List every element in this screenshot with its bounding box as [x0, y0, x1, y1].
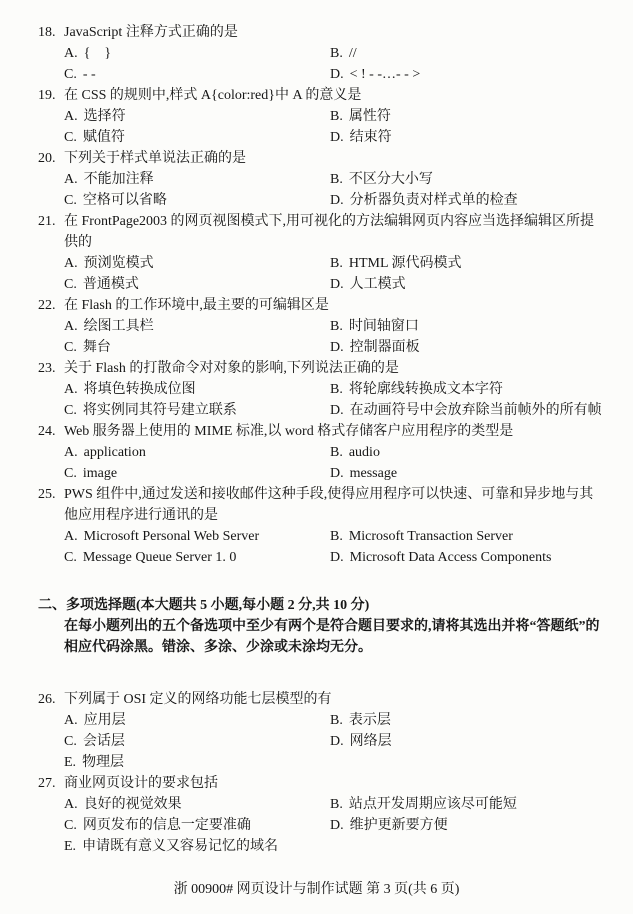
- question-head: 19. 在 CSS 的规则中,样式 A{color:red}中 A 的意义是: [38, 85, 615, 106]
- option-label: B.: [330, 46, 349, 61]
- option: C.会话层: [64, 731, 330, 752]
- question: 21. 在 FrontPage2003 的网页视图模式下,用可视化的方法编辑网页…: [38, 211, 615, 295]
- option-label: C.: [64, 130, 83, 145]
- option-label: B.: [330, 256, 349, 271]
- option-text: 维护更新要方便: [350, 818, 448, 833]
- section-title: 二、多项选择题(本大题共 5 小题,每小题 2 分,共 10 分): [38, 595, 615, 616]
- option-label: A.: [64, 319, 84, 334]
- option: A.{ }: [64, 43, 330, 64]
- question-head: 24. Web 服务器上使用的 MIME 标准,以 word 格式存储客户应用程…: [38, 421, 615, 442]
- option: A.应用层: [64, 710, 330, 731]
- option-label: B.: [330, 713, 349, 728]
- option-text: 将轮廓线转换成文本字符: [349, 382, 503, 397]
- option: D.在动画符号中会放弃除当前帧外的所有帧: [330, 400, 615, 421]
- option-text: 普通模式: [83, 277, 139, 292]
- question-head: 25. PWS 组件中,通过发送和接收邮件这种手段,使得应用程序可以快速、可靠和…: [38, 484, 615, 526]
- option-label: C.: [64, 277, 83, 292]
- option-text: 属性符: [349, 109, 391, 124]
- option: C.空格可以省略: [64, 190, 330, 211]
- option: D.网络层: [330, 731, 615, 752]
- options: A.Microsoft Personal Web ServerB.Microso…: [38, 526, 615, 568]
- option-label: B.: [330, 382, 349, 397]
- option-label: C.: [64, 818, 83, 833]
- option-label: D.: [330, 403, 350, 418]
- option-text: Microsoft Transaction Server: [349, 529, 513, 544]
- question-number: 26.: [38, 689, 64, 710]
- question: 26. 下列属于 OSI 定义的网络功能七层模型的有 A.应用层B.表示层C.会…: [38, 689, 615, 773]
- options: A.绘图工具栏B.时间轴窗口C.舞台D.控制器面板: [38, 316, 615, 358]
- option: C.Message Queue Server 1. 0: [64, 547, 330, 568]
- question-head: 18. JavaScript 注释方式正确的是: [38, 22, 615, 43]
- question-number: 21.: [38, 211, 64, 253]
- options: A.{ }B.//C.- -D.< ! - -…- - >: [38, 43, 615, 85]
- option-label: A.: [64, 529, 84, 544]
- option-text: message: [350, 466, 397, 481]
- option: B.HTML 源代码模式: [330, 253, 615, 274]
- option-label: D.: [330, 340, 350, 355]
- question-head: 22. 在 Flash 的工作环境中,最主要的可编辑区是: [38, 295, 615, 316]
- question-number: 25.: [38, 484, 64, 526]
- option: B.Microsoft Transaction Server: [330, 526, 615, 547]
- option-label: A.: [64, 256, 84, 271]
- option-label: B.: [330, 319, 349, 334]
- options: A.预浏览模式B.HTML 源代码模式C.普通模式D.人工模式: [38, 253, 615, 295]
- option: C.普通模式: [64, 274, 330, 295]
- question-number: 27.: [38, 773, 64, 794]
- single-choice-questions: 18. JavaScript 注释方式正确的是 A.{ }B.//C.- -D.…: [38, 22, 615, 568]
- option-text: 站点开发周期应该尽可能短: [349, 797, 517, 812]
- question-text: JavaScript 注释方式正确的是: [64, 22, 596, 43]
- option-label: A.: [64, 713, 84, 728]
- option-text: image: [83, 466, 117, 481]
- option-text: < ! - -…- - >: [350, 67, 421, 82]
- option-label: C.: [64, 403, 83, 418]
- section-header: 二、多项选择题(本大题共 5 小题,每小题 2 分,共 10 分) 在每小题列出…: [38, 595, 615, 658]
- option-label: A.: [64, 109, 84, 124]
- option-text: 选择符: [84, 109, 126, 124]
- option: B.//: [330, 43, 615, 64]
- option: D.message: [330, 463, 615, 484]
- option: C.image: [64, 463, 330, 484]
- options: A.不能加注释B.不区分大小写C.空格可以省略D.分析器负责对样式单的检查: [38, 169, 615, 211]
- option: A.选择符: [64, 106, 330, 127]
- option-text: 不能加注释: [84, 172, 154, 187]
- option-text: 申请既有意义又容易记忆的域名: [82, 839, 278, 854]
- option: D.< ! - -…- - >: [330, 64, 615, 85]
- option: A.不能加注释: [64, 169, 330, 190]
- option: A.Microsoft Personal Web Server: [64, 526, 330, 547]
- option-text: Message Queue Server 1. 0: [83, 550, 237, 565]
- question-head: 27. 商业网页设计的要求包括: [38, 773, 615, 794]
- options: A.将填色转换成位图B.将轮廓线转换成文本字符C.将实例同其符号建立联系D.在动…: [38, 379, 615, 421]
- question-number: 24.: [38, 421, 64, 442]
- option: C.网页发布的信息一定要准确: [64, 815, 330, 836]
- option-label: A.: [64, 445, 84, 460]
- option: A.良好的视觉效果: [64, 794, 330, 815]
- option-text: 将实例同其符号建立联系: [83, 403, 237, 418]
- option-label: C.: [64, 466, 83, 481]
- option: D.结束符: [330, 127, 615, 148]
- option-label: D.: [330, 550, 350, 565]
- question: 23. 关于 Flash 的打散命令对对象的影响,下列说法正确的是 A.将填色转…: [38, 358, 615, 421]
- question-text: 商业网页设计的要求包括: [64, 773, 596, 794]
- option-text: 结束符: [350, 130, 392, 145]
- option-text: { }: [84, 46, 111, 61]
- option: A.绘图工具栏: [64, 316, 330, 337]
- question: 20. 下列关于样式单说法正确的是 A.不能加注释B.不区分大小写C.空格可以省…: [38, 148, 615, 211]
- option-text: 空格可以省略: [83, 193, 167, 208]
- option-text: //: [349, 46, 357, 61]
- question-text: 在 FrontPage2003 的网页视图模式下,用可视化的方法编辑网页内容应当…: [64, 211, 596, 253]
- option: B.站点开发周期应该尽可能短: [330, 794, 615, 815]
- option-text: 会话层: [83, 734, 125, 749]
- option: E.物理层: [64, 752, 330, 773]
- question-head: 23. 关于 Flash 的打散命令对对象的影响,下列说法正确的是: [38, 358, 615, 379]
- option: B.属性符: [330, 106, 615, 127]
- option-text: 在动画符号中会放弃除当前帧外的所有帧: [350, 403, 602, 418]
- option-text: HTML 源代码模式: [349, 256, 462, 271]
- question: 18. JavaScript 注释方式正确的是 A.{ }B.//C.- -D.…: [38, 22, 615, 85]
- option-label: C.: [64, 340, 83, 355]
- option-label: C.: [64, 193, 83, 208]
- exam-paper-page: 18. JavaScript 注释方式正确的是 A.{ }B.//C.- -D.…: [0, 0, 633, 914]
- option-label: D.: [330, 734, 350, 749]
- question-text: 下列属于 OSI 定义的网络功能七层模型的有: [64, 689, 596, 710]
- question-text: 在 CSS 的规则中,样式 A{color:red}中 A 的意义是: [64, 85, 596, 106]
- option-text: 将填色转换成位图: [84, 382, 196, 397]
- question: 22. 在 Flash 的工作环境中,最主要的可编辑区是 A.绘图工具栏B.时间…: [38, 295, 615, 358]
- option-label: B.: [330, 445, 349, 460]
- option-text: 网络层: [350, 734, 392, 749]
- question-number: 20.: [38, 148, 64, 169]
- question-text: Web 服务器上使用的 MIME 标准,以 word 格式存储客户应用程序的类型…: [64, 421, 596, 442]
- option: D.人工模式: [330, 274, 615, 295]
- multi-choice-questions: 26. 下列属于 OSI 定义的网络功能七层模型的有 A.应用层B.表示层C.会…: [38, 689, 615, 857]
- option-text: application: [84, 445, 146, 460]
- option-label: A.: [64, 382, 84, 397]
- option-label: D.: [330, 818, 350, 833]
- options: A.选择符B.属性符C.赋值符D.结束符: [38, 106, 615, 148]
- option-label: D.: [330, 466, 350, 481]
- option-text: 不区分大小写: [349, 172, 433, 187]
- option-label: B.: [330, 797, 349, 812]
- option: A.预浏览模式: [64, 253, 330, 274]
- option-text: 表示层: [349, 713, 391, 728]
- option: C.赋值符: [64, 127, 330, 148]
- option: D.Microsoft Data Access Components: [330, 547, 615, 568]
- question: 25. PWS 组件中,通过发送和接收邮件这种手段,使得应用程序可以快速、可靠和…: [38, 484, 615, 568]
- options: A.applicationB.audioC.imageD.message: [38, 442, 615, 484]
- option: D.维护更新要方便: [330, 815, 615, 836]
- option-label: A.: [64, 46, 84, 61]
- option: E.申请既有意义又容易记忆的域名: [64, 836, 330, 857]
- question-text: 在 Flash 的工作环境中,最主要的可编辑区是: [64, 295, 596, 316]
- options: A.应用层B.表示层C.会话层D.网络层E.物理层: [38, 710, 615, 773]
- option-text: 物理层: [82, 755, 124, 770]
- option: B.不区分大小写: [330, 169, 615, 190]
- option-label: A.: [64, 797, 84, 812]
- question-number: 23.: [38, 358, 64, 379]
- question-number: 18.: [38, 22, 64, 43]
- option-text: 赋值符: [83, 130, 125, 145]
- question-head: 20. 下列关于样式单说法正确的是: [38, 148, 615, 169]
- option-label: A.: [64, 172, 84, 187]
- option-text: - -: [83, 67, 96, 82]
- option-text: 良好的视觉效果: [84, 797, 182, 812]
- question-text: 下列关于样式单说法正确的是: [64, 148, 596, 169]
- option: B.时间轴窗口: [330, 316, 615, 337]
- option-text: 时间轴窗口: [349, 319, 419, 334]
- option: C.- -: [64, 64, 330, 85]
- option-label: D.: [330, 67, 350, 82]
- option-label: E.: [64, 839, 82, 854]
- question-number: 22.: [38, 295, 64, 316]
- options: A.良好的视觉效果B.站点开发周期应该尽可能短C.网页发布的信息一定要准确D.维…: [38, 794, 615, 857]
- option-text: Microsoft Data Access Components: [350, 550, 552, 565]
- section-instructions: 在每小题列出的五个备选项中至少有两个是符合题目要求的,请将其选出并将“答题纸”的…: [64, 616, 604, 658]
- question-head: 21. 在 FrontPage2003 的网页视图模式下,用可视化的方法编辑网页…: [38, 211, 615, 253]
- option-label: C.: [64, 550, 83, 565]
- option: B.audio: [330, 442, 615, 463]
- option-label: D.: [330, 277, 350, 292]
- option-label: C.: [64, 67, 83, 82]
- option: B.将轮廓线转换成文本字符: [330, 379, 615, 400]
- option: A.将填色转换成位图: [64, 379, 330, 400]
- option-label: B.: [330, 529, 349, 544]
- option-text: 绘图工具栏: [84, 319, 154, 334]
- question: 24. Web 服务器上使用的 MIME 标准,以 word 格式存储客户应用程…: [38, 421, 615, 484]
- option-label: D.: [330, 193, 350, 208]
- option: C.将实例同其符号建立联系: [64, 400, 330, 421]
- option: D.控制器面板: [330, 337, 615, 358]
- option: C.舞台: [64, 337, 330, 358]
- option-text: 预浏览模式: [84, 256, 154, 271]
- option-text: 人工模式: [350, 277, 406, 292]
- question: 19. 在 CSS 的规则中,样式 A{color:red}中 A 的意义是 A…: [38, 85, 615, 148]
- option-label: B.: [330, 109, 349, 124]
- option-label: D.: [330, 130, 350, 145]
- question-number: 19.: [38, 85, 64, 106]
- option-label: E.: [64, 755, 82, 770]
- question-text: PWS 组件中,通过发送和接收邮件这种手段,使得应用程序可以快速、可靠和异步地与…: [64, 484, 596, 526]
- option-text: 应用层: [84, 713, 126, 728]
- question: 27. 商业网页设计的要求包括 A.良好的视觉效果B.站点开发周期应该尽可能短C…: [38, 773, 615, 857]
- option: D.分析器负责对样式单的检查: [330, 190, 615, 211]
- option-label: B.: [330, 172, 349, 187]
- option-text: 控制器面板: [350, 340, 420, 355]
- option-text: 舞台: [83, 340, 111, 355]
- option-text: 网页发布的信息一定要准确: [83, 818, 251, 833]
- option-text: 分析器负责对样式单的检查: [350, 193, 518, 208]
- option-text: Microsoft Personal Web Server: [84, 529, 260, 544]
- option-text: audio: [349, 445, 380, 460]
- option: B.表示层: [330, 710, 615, 731]
- page-footer: 浙 00900# 网页设计与制作试题 第 3 页(共 6 页): [0, 879, 633, 900]
- option: A.application: [64, 442, 330, 463]
- option-label: C.: [64, 734, 83, 749]
- question-text: 关于 Flash 的打散命令对对象的影响,下列说法正确的是: [64, 358, 596, 379]
- question-head: 26. 下列属于 OSI 定义的网络功能七层模型的有: [38, 689, 615, 710]
